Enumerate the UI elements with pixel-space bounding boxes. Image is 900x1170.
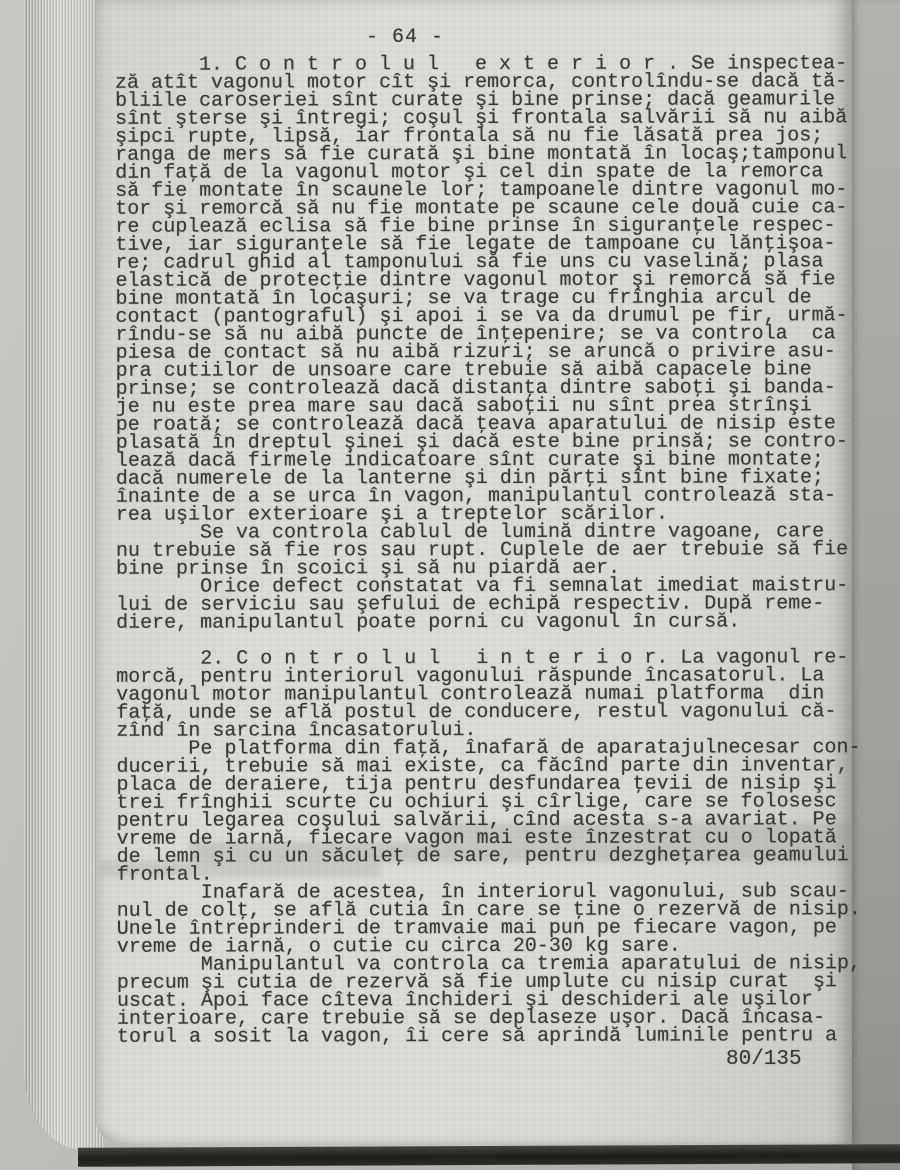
page-text: 1. C o n t r o l u l e x t e r i o r . S…	[115, 55, 859, 1047]
paragraph: 2. C o n t r o l u l i n t e r i o r. La…	[116, 649, 858, 741]
footer-sheet-number: 80/135	[726, 1048, 802, 1071]
paragraph: Pe platforma din faţă, înafară de aparat…	[116, 739, 858, 885]
scanned-book-page: - 64 - 1. C o n t r o l u l e x t e r i …	[0, 0, 900, 1170]
book-page-stack-edge	[24, 0, 104, 1150]
paragraph: 1. C o n t r o l u l e x t e r i o r . S…	[115, 55, 858, 525]
page-number: - 64 -	[366, 26, 444, 49]
paragraph: Se va controla cablul de lumină dintre v…	[116, 523, 858, 579]
paragraph: Orice defect constatat va fi semnalat im…	[116, 577, 858, 633]
paragraph: Inafară de acestea, în interiorul vagonu…	[117, 883, 859, 957]
book-gutter-strip	[852, 0, 900, 1170]
paragraph: Manipulantul va controla ca tremia apara…	[117, 955, 859, 1047]
book-cover-edge	[78, 1144, 900, 1167]
